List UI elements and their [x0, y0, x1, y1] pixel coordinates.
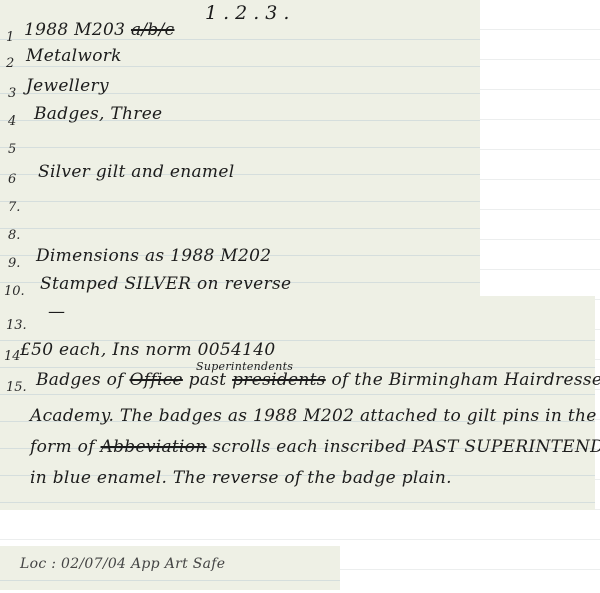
line-number: 1 — [6, 30, 14, 45]
line-number: 8. — [8, 228, 20, 243]
location-note: Loc : 02/07/04 App Art Safe — [20, 556, 225, 572]
text-segment: Badges of — [36, 370, 124, 390]
line-text: Badges, Three — [34, 104, 162, 124]
struck-text: presidents — [232, 370, 326, 390]
header-note: 1.2.3. — [205, 2, 295, 24]
line-number: 4 — [8, 114, 16, 129]
continuation-line-1: Academy. The badges as 1988 M202 attache… — [30, 406, 597, 426]
struck-text: Office — [130, 370, 183, 390]
line-number: 10. — [4, 284, 25, 299]
line-text: Stamped SILVER on reverse — [40, 274, 291, 294]
continuation-line-2: form of Abbeviation scrolls each inscrib… — [30, 437, 600, 457]
line-number: 13. — [6, 318, 27, 333]
object-number: 1988 M203 — [24, 20, 125, 40]
line-text: £50 each, Ins norm 0054140 — [20, 340, 275, 360]
line-text: Metalwork — [26, 46, 122, 66]
struck-text: Abbeviation — [101, 437, 207, 457]
continuation-line-3: in blue enamel. The reverse of the badge… — [30, 468, 452, 488]
line-text: — — [48, 302, 65, 322]
text-segment: past — [189, 370, 227, 390]
line-text: Dimensions as 1988 M202 — [36, 246, 271, 266]
line-number: 9. — [8, 256, 20, 271]
line-number: 3 — [8, 86, 16, 101]
line-number: 7. — [8, 200, 20, 215]
line-text: Badges of Office past presidents of the … — [36, 370, 600, 390]
line-text: Jewellery — [26, 76, 109, 96]
line-text: Silver gilt and enamel — [38, 162, 234, 182]
line-number: 6 — [8, 172, 16, 187]
line-number: 2 — [6, 56, 14, 71]
line-number: 5 — [8, 142, 16, 157]
text-segment: SUPERINTENDENT — [464, 437, 600, 457]
text-segment: scrolls each inscribed PAST — [212, 437, 458, 457]
text-segment: of the Birmingham Hairdressers' — [332, 370, 600, 390]
line-text: 1988 M203 a/b/c — [24, 20, 174, 40]
line-number: 14 — [4, 349, 21, 364]
text-segment: form of — [30, 437, 95, 457]
line-number: 15. — [6, 380, 27, 395]
struck-text: a/b/c — [131, 20, 175, 40]
